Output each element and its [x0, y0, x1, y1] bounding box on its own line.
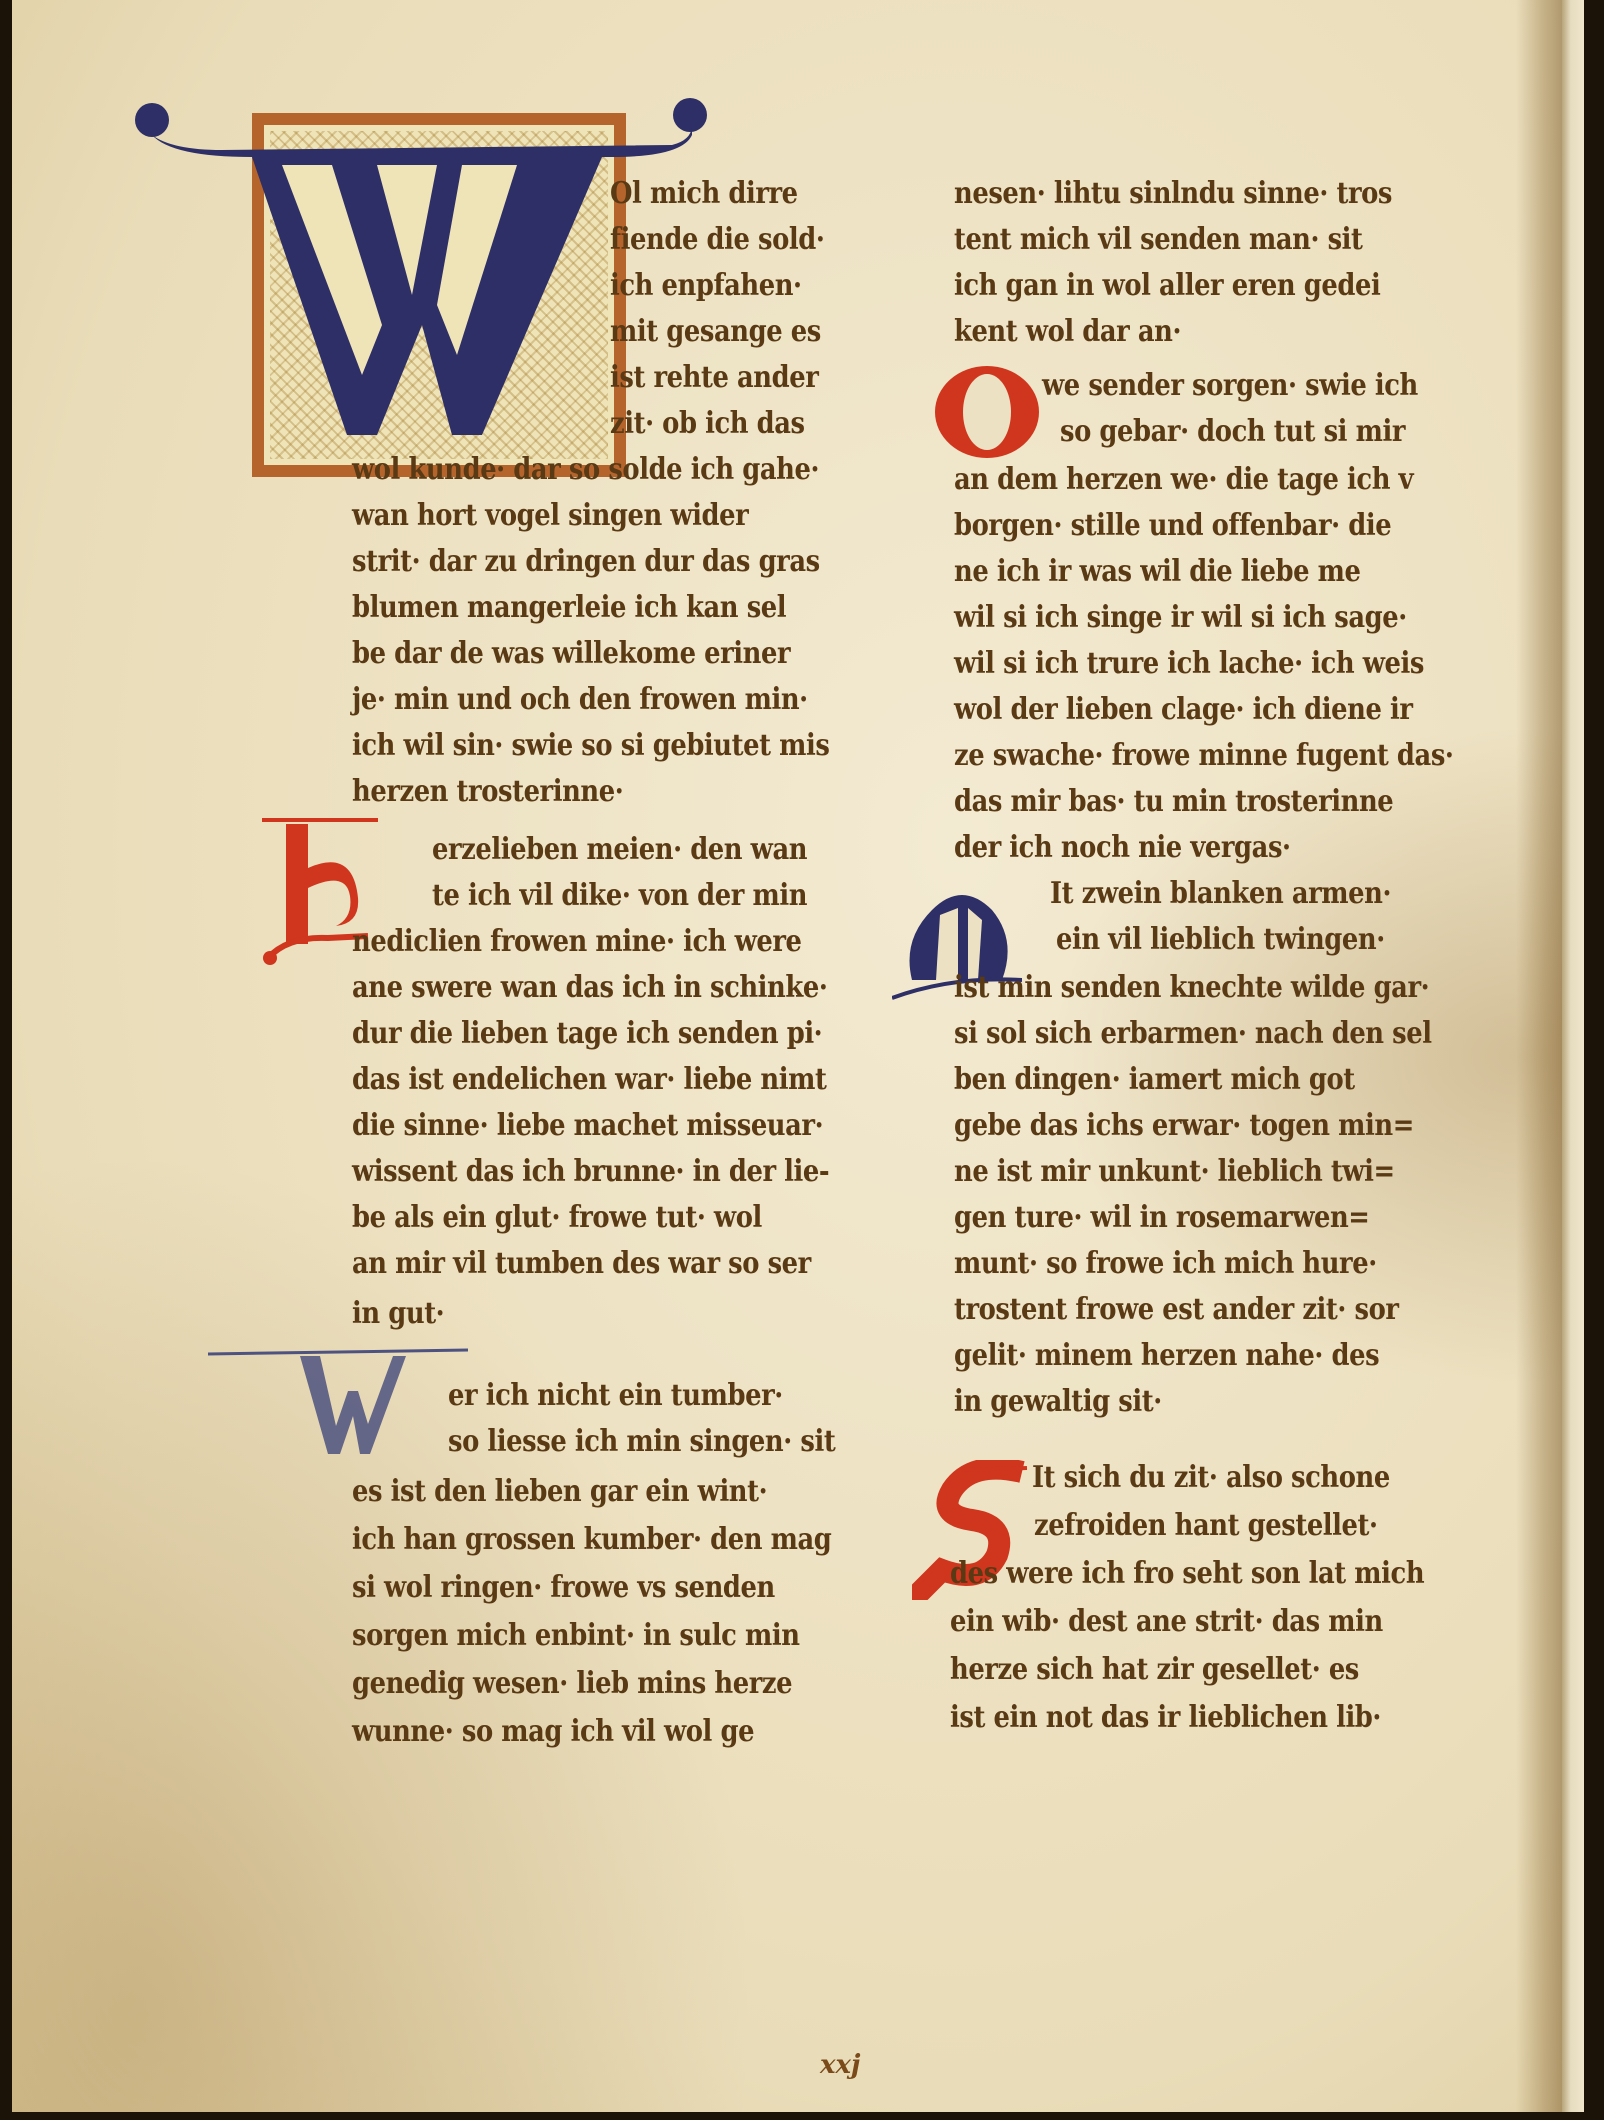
text-line: ein wib· dest ane strit· das min — [950, 1604, 1383, 1639]
text-line: be dar de was willekome eriner — [352, 636, 790, 671]
text-line: ane swere wan das ich in schinke· — [352, 970, 827, 1005]
text-line: fiende die sold· — [610, 222, 824, 257]
text-line: sorgen mich enbint· in sulc min — [352, 1618, 800, 1653]
text-line: nediclien frowen mine· ich were — [352, 924, 802, 959]
text-line: si sol sich erbarmen· nach den sel — [954, 1016, 1432, 1051]
text-line: wil si ich trure ich lache· ich weis — [954, 646, 1424, 681]
text-line: be als ein glut· frowe tut· wol — [352, 1200, 762, 1235]
text-line: gelit· minem herzen nahe· des — [954, 1338, 1379, 1373]
text-line: wunne· so mag ich vil wol ge — [352, 1714, 754, 1749]
text-line: des were ich fro seht son lat mich — [950, 1556, 1424, 1591]
text-line: herzen trosterinne· — [352, 774, 623, 809]
text-line: ist ein not das ir lieblichen lib· — [950, 1700, 1381, 1735]
text-line: nesen· lihtu sinlndu sinne· tros — [954, 176, 1392, 211]
text-line: zit· ob ich das — [610, 406, 805, 441]
text-line: wol kunde· dar so solde ich gahe· — [352, 452, 819, 487]
text-line: si wol ringen· frowe vs senden — [352, 1570, 775, 1605]
text-line: kent wol dar an· — [954, 314, 1181, 349]
text-line: It sich du zit· also schone — [1032, 1460, 1390, 1495]
text-line: ein vil lieblich twingen· — [1056, 922, 1385, 957]
text-line: tent mich vil senden man· sit — [954, 222, 1363, 257]
text-line: so liesse ich min singen· sit — [448, 1424, 835, 1459]
text-line: das ist endelichen war· liebe nimt — [352, 1062, 826, 1097]
text-line: Ol mich dirre — [610, 176, 798, 211]
text-line: genedig wesen· lieb mins herze — [352, 1666, 792, 1701]
text-line: das mir bas· tu min trosterinne — [954, 784, 1393, 819]
text-line: wil si ich singe ir wil si ich sage· — [954, 600, 1407, 635]
text-line: so gebar· doch tut si mir — [1060, 414, 1405, 449]
text-line: er ich nicht ein tumber· — [448, 1378, 783, 1413]
text-line: zefroiden hant gestellet· — [1034, 1508, 1378, 1543]
manuscript-page: Ol mich dirre fiende die sold· ich enpfa… — [12, 0, 1584, 2112]
text-line: ne ich ir was wil die liebe me — [954, 554, 1361, 589]
page-edge — [1562, 0, 1584, 2112]
text-line: in gewaltig sit· — [954, 1384, 1162, 1419]
edge-stain — [1516, 0, 1562, 2112]
text-line: ich gan in wol aller eren gedei — [954, 268, 1380, 303]
text-line: It zwein blanken armen· — [1050, 876, 1391, 911]
text-line: te ich vil dike· von der min — [432, 878, 807, 913]
text-line: ben dingen· iamert mich got — [954, 1062, 1355, 1097]
text-line: ze swache· frowe minne fugent das· — [954, 738, 1453, 773]
text-line: blumen mangerleie ich kan sel — [352, 590, 786, 625]
text-line: we sender sorgen· swie ich — [1042, 368, 1418, 403]
text-line: ne ist mir unkunt· lieblich twi= — [954, 1154, 1395, 1189]
blue-initial-w-icon — [208, 1346, 468, 1466]
text-line: die sinne· liebe machet misseuar· — [352, 1108, 823, 1143]
text-line: in gut· — [352, 1296, 444, 1331]
text-line: ich wil sin· swie so si gebiutet mis — [352, 728, 829, 763]
text-line: borgen· stille und offenbar· die — [954, 508, 1391, 543]
text-line: gebe das ichs erwar· togen min= — [954, 1108, 1414, 1143]
text-line: erzelieben meien· den wan — [432, 832, 807, 867]
text-line: herze sich hat zir gesellet· es — [950, 1652, 1359, 1687]
text-line: wan hort vogel singen wider — [352, 498, 748, 533]
text-line: an mir vil tumben des war so ser — [352, 1246, 811, 1281]
text-line: an dem herzen we· die tage ich v — [954, 462, 1413, 497]
text-line: ich han grossen kumber· den mag — [352, 1522, 831, 1557]
red-initial-o-icon — [932, 362, 1042, 462]
text-line: wol der lieben clage· ich diene ir — [954, 692, 1413, 727]
text-line: ist min senden knechte wilde gar· — [954, 970, 1429, 1005]
text-line: der ich noch nie vergas· — [954, 830, 1291, 865]
text-line: trostent frowe est ander zit· sor — [954, 1292, 1399, 1327]
text-line: es ist den lieben gar ein wint· — [352, 1474, 767, 1509]
text-line: munt· so frowe ich mich hure· — [954, 1246, 1377, 1281]
text-line: gen ture· wil in rosemarwen= — [954, 1200, 1369, 1235]
text-line: mit gesange es — [610, 314, 821, 349]
text-line: strit· dar zu dringen dur das gras — [352, 544, 820, 579]
text-line: dur die lieben tage ich senden pi· — [352, 1016, 822, 1051]
text-line: ich enpfahen· — [610, 268, 802, 303]
text-line: wissent das ich brunne· in der lie- — [352, 1154, 829, 1189]
text-line: ist rehte ander — [610, 360, 818, 395]
folio-number: xxj — [820, 2050, 860, 2080]
text-line: je· min und och den frowen min· — [352, 682, 808, 717]
